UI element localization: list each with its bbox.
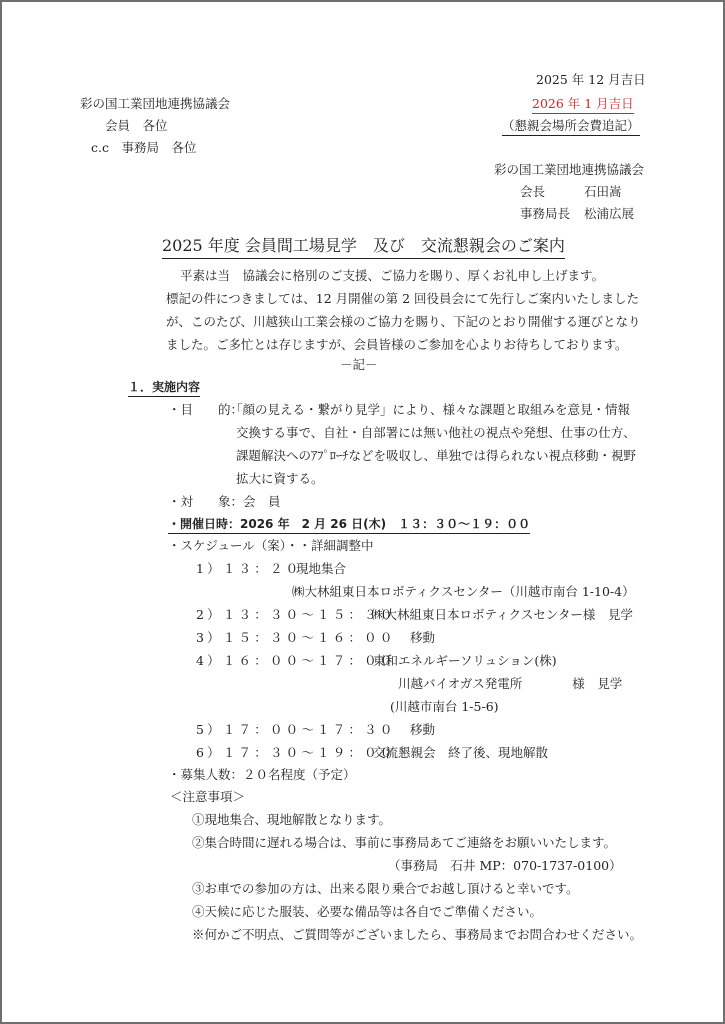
section-heading: １．実施内容	[128, 379, 200, 397]
intro-line: が、このたび、川越狭山工業会様のご協力を賜り、下記のとおり開催する運びとなり	[166, 314, 641, 330]
schedule-time: 1）１３：２０	[196, 561, 301, 577]
chair-title: 会長	[520, 184, 545, 200]
schedule-label: ・スケジュール（案）・・詳細調整中	[168, 538, 374, 554]
capacity: ・募集人数：２０名程度（予定）	[168, 767, 356, 783]
schedule-desc: 移動	[410, 630, 435, 646]
ki-marker: －記－	[340, 357, 378, 373]
target: ・対 象：会 員	[168, 494, 281, 510]
purpose-line: 拡大に資する。	[236, 471, 324, 487]
schedule-desc: 移動	[410, 722, 435, 738]
schedule-time: 3）１５：３０～１６：００	[196, 630, 396, 646]
note-item: ②集合時間に遅れる場合は、事前に事務局あてご連絡をお願いいたします。	[192, 835, 616, 851]
recipient-members: 会員 各位	[105, 118, 168, 134]
revision-note: （懇親会場所会費追記）	[502, 118, 640, 136]
note-contact: （事務局 石井 MP：070-1737-0100）	[388, 858, 622, 874]
schedule-desc: 交流懇親会 終了後、現地解散	[373, 745, 548, 761]
note-item: ③お車での参加の方は、出来る限り乗合でお越し頂けると幸いです。	[192, 881, 579, 897]
date-original: 2025 年 12 月吉日	[536, 72, 646, 88]
purpose-line: 交換する事で、自社・自部署には無い他社の視点や発想、仕事の仕方、	[236, 425, 636, 441]
intro-line: 標記の件につきましては、12 月開催の第 2 回役員会にて先行しご案内いたしまし…	[166, 291, 639, 307]
recipient-org: 彩の国工業団地連携協議会	[80, 96, 230, 112]
chair-name: 石田嵩	[584, 184, 622, 200]
secretary-title: 事務局長	[520, 206, 570, 222]
schedule-desc: (川越市南台 1-5-6)	[390, 699, 499, 715]
schedule-time: 4）１６：００～１７：００	[196, 653, 396, 669]
schedule-time: 6）１７：３０～１９：００	[196, 745, 396, 761]
intro-line: 平素は当 協議会に格別のご支援、ご協力を賜り、厚くお礼申し上げます。	[180, 268, 604, 284]
event-datetime: ・開催日時：2026 年 2 月 26 日(木) １３：３０～１９：００	[168, 516, 530, 534]
page-title: 2025 年度 会員間工場見学 及び 交流懇親会のご案内	[162, 236, 565, 259]
schedule-desc: 現地集合	[296, 561, 346, 577]
purpose-line: 課題解決へのｱﾌﾟﾛｰﾁなどを吸収し、単独では得られない視点移動・視野	[236, 448, 636, 464]
schedule-time: 2）１３：３０～１５：３０	[196, 607, 396, 623]
schedule-desc: 川越バイオガス発電所 様 見学	[398, 676, 622, 692]
notes-heading: ＜注意事項＞	[170, 789, 245, 805]
schedule-time: 5）１７：００～１７：３０	[196, 722, 396, 738]
note-item: ①現地集合、現地解散となります。	[192, 812, 391, 828]
date-revised: 2026 年 1 月吉日	[532, 96, 634, 114]
note-item: ④天候に応じた服装、必要な備品等は各自でご準備ください。	[192, 904, 542, 920]
note-item: ※何かご不明点、ご質問等がございましたら、事務局までお問合わせください。	[192, 927, 642, 943]
schedule-desc: ㈱大林組東日本ロボティクスセンター（川越市南台 1-10-4）	[292, 584, 635, 600]
secretary-name: 松浦広展	[584, 206, 634, 222]
schedule-desc: 東和エネルギーソリュション(株)	[373, 653, 557, 669]
sender-org: 彩の国工業団地連携協議会	[494, 162, 644, 178]
schedule-desc: ㈱大林組東日本ロボティクスセンター様 見学	[372, 607, 633, 623]
intro-line: ました。ご多忙とは存じますが、会員皆様のご参加を心よりお待ちしております。	[166, 337, 628, 353]
purpose-line: 「顔の見える・繋がり見学」により、様々な課題と取組みを意見・情報	[230, 402, 630, 418]
recipient-cc: c.c 事務局 各位	[91, 140, 196, 156]
